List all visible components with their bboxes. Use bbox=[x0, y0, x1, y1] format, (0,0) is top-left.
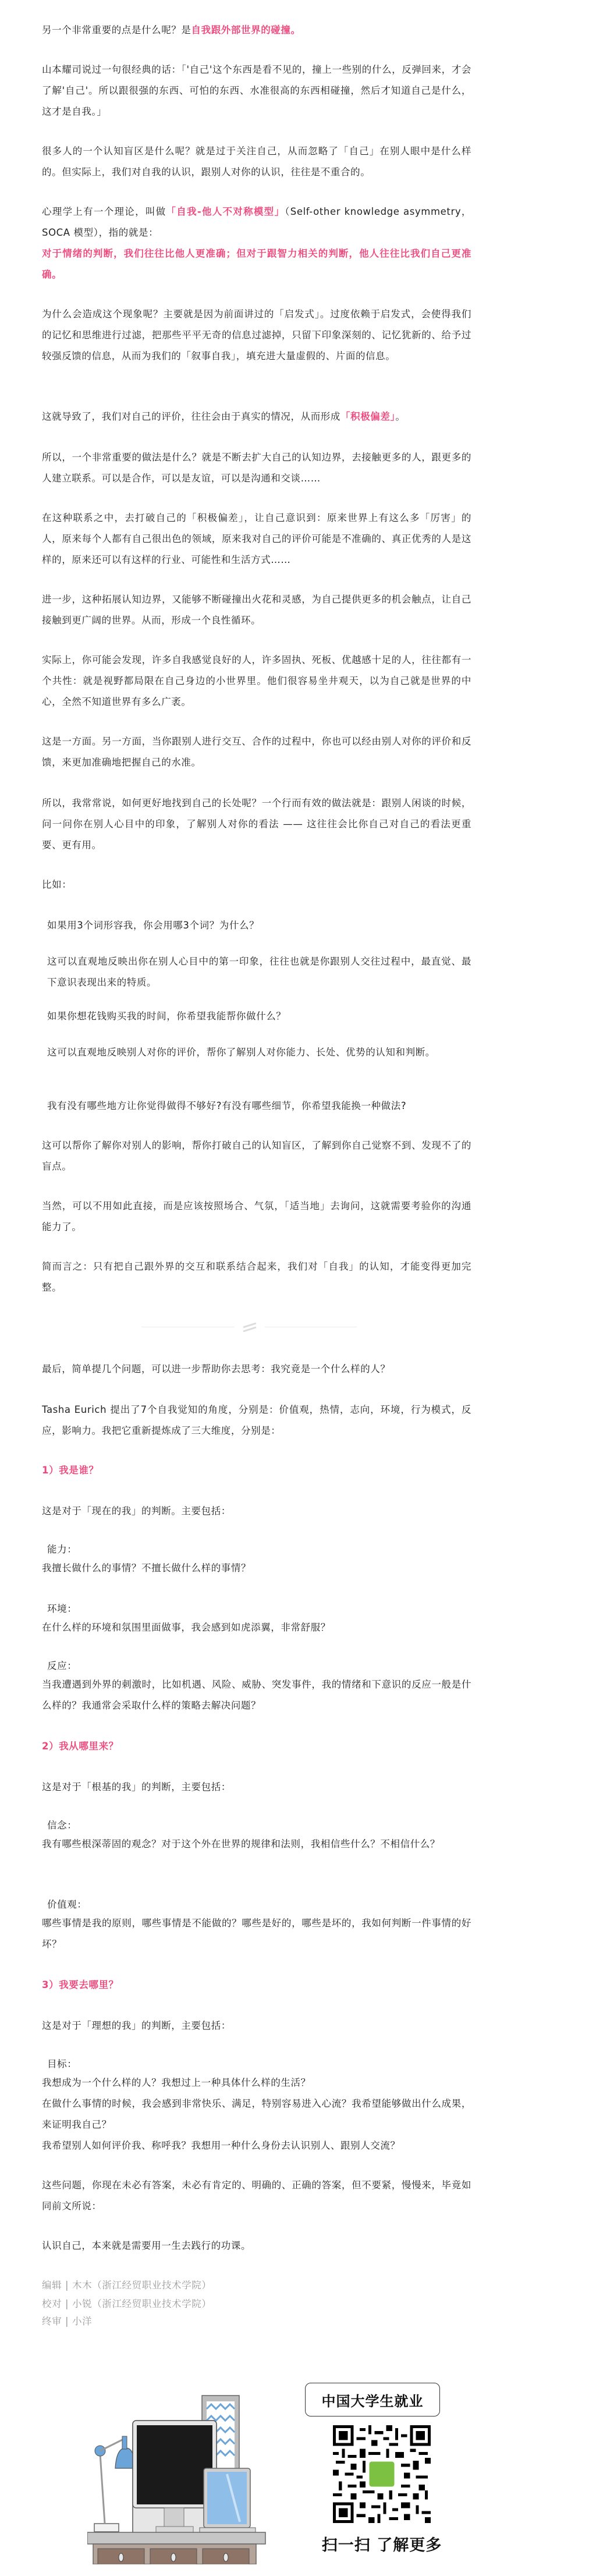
article-paragraph: 认识自己，本来就是需要用一生去践行的功课。 bbox=[42, 2235, 471, 2256]
article-paragraph: 在做什么事情的时候，我会感到非常快乐、满足，特别容易进入心流？我希望能够做出什么… bbox=[42, 2093, 471, 2135]
text-run: 进一步，这种拓展认知边界，又能够不断碰撞出火花和灵感，为自己提供更多的机会触点，… bbox=[42, 594, 471, 626]
article-paragraph: 很多人的一个认知盲区是什么呢？就是过于关注自己，从而忽略了「自己」在别人眼中是什… bbox=[42, 141, 471, 183]
section-heading: 3）我要去哪里？ bbox=[42, 1979, 119, 1990]
section-heading: 1）我是谁？ bbox=[42, 1465, 99, 1476]
brand-title-box: 中国大学生就业 bbox=[305, 2383, 440, 2416]
text-run: 在什么样的环境和氛围里面做事，我会感到如虎添翼，非常舒服？ bbox=[42, 1622, 331, 1633]
credit-line: 校对 | 小锐（浙江经贸职业技术学院） bbox=[42, 2298, 211, 2309]
article-paragraph: 当我遭遇到外界的刺激时，比如机遇、风险、威胁、突发事件，我的情绪和下意识的反应一… bbox=[42, 1674, 471, 1716]
desk-illustration bbox=[87, 2393, 274, 2564]
text-run: 哪些事情是我的原则，哪些事情是不能做的？哪些是好的，哪些是坏的，我如何判断一件事… bbox=[42, 1918, 471, 1950]
divider-line-left bbox=[141, 1327, 235, 1327]
article-paragraph: 这些问题，你现在未必有答案，未必有肯定的、明确的、正确的答案，但不要紧，慢慢来，… bbox=[42, 2175, 471, 2217]
article-paragraph: 环境： bbox=[47, 1599, 471, 1620]
article-paragraph: 这是一方面。另一方面，当你跟别人进行交互、合作的过程中，你也可以经由别人对你的评… bbox=[42, 731, 471, 773]
article-paragraph: Tasha Eurich 提出了7个自我觉知的角度，分别是：价值观，热情，志向，… bbox=[42, 1399, 471, 1441]
text-run: 在这种联系之中，去打破自己的「积极偏差」，让自己意识到：原来世界上有这么多「厉害… bbox=[42, 512, 471, 565]
article-paragraph: 对于情绪的判断，我们往往比他人更准确；但对于跟智力相关的判断，他人往往比我们自己… bbox=[42, 243, 471, 285]
text-run: 这是对于「根基的我」的判断，主要包括： bbox=[42, 1781, 231, 1792]
article-paragraph: 在这种联系之中，去打破自己的「积极偏差」，让自己意识到：原来世界上有这么多「厉害… bbox=[42, 508, 471, 571]
text-run: 山本耀司说过一句很经典的话：「'自己'这个东西是看不见的，撞上一些别的什么，反弹… bbox=[42, 64, 471, 117]
text-run: 我希望别人如何评价我、称呼我？我想用一种什么身份去认识别人、跟别人交流？ bbox=[42, 2140, 400, 2151]
article-paragraph: 这可以帮你了解你对别人的影响，帮你打破自己的认知盲区，了解到你自己觉察不到、发现… bbox=[42, 1135, 471, 1177]
article-paragraph: 我希望别人如何评价我、称呼我？我想用一种什么身份去认识别人、跟别人交流？ bbox=[42, 2135, 471, 2156]
article-paragraph: 如果用3个词形容我，你会用哪3个词？为什么？ bbox=[47, 915, 471, 936]
highlight-text: 对于情绪的判断，我们往往比他人更准确；但对于跟智力相关的判断，他人往往比我们自己… bbox=[42, 248, 471, 280]
text-run: Tasha Eurich 提出了7个自我觉知的角度，分别是：价值观，热情，志向，… bbox=[42, 1404, 471, 1436]
text-run: 这是对于「理想的我」的判断，主要包括： bbox=[42, 2020, 231, 2031]
text-run: 所以，我常常说，如何更好地找到自己的长处呢？一个行而有效的做法就是：跟别人闲谈的… bbox=[42, 798, 471, 851]
article-paragraph: 这是对于「根基的我」的判断，主要包括： bbox=[42, 1777, 471, 1798]
text-run: 环境： bbox=[47, 1603, 77, 1614]
article-paragraph: 当然，可以不用如此直接，而是应该按照场合、气氛，「适当地」去询问，这就需要考验你… bbox=[42, 1196, 471, 1238]
article-paragraph: 1）我是谁？ bbox=[42, 1460, 471, 1481]
text-run: 。 bbox=[395, 411, 405, 422]
article-paragraph: 所以，我常常说，如何更好地找到自己的长处呢？一个行而有效的做法就是：跟别人闲谈的… bbox=[42, 793, 471, 856]
text-run: 能力： bbox=[47, 1544, 77, 1555]
article-paragraph: 终审 | 小洋 bbox=[42, 2311, 471, 2332]
text-run: 心理学上有一个理论，叫做 bbox=[42, 206, 166, 217]
text-run: 当然，可以不用如此直接，而是应该按照场合、气氛，「适当地」去询问，这就需要考验你… bbox=[42, 1200, 471, 1232]
article-paragraph: 进一步，这种拓展认知边界，又能够不断碰撞出火花和灵感，为自己提供更多的机会触点，… bbox=[42, 589, 471, 631]
article-paragraph: 反应： bbox=[47, 1656, 471, 1677]
article-paragraph: 价值观： bbox=[47, 1894, 471, 1915]
article-paragraph: 这可以直观地反映别人对你的评价，帮你了解别人对你能力、长处、优势的认知和判断。 bbox=[47, 1042, 471, 1063]
text-run: 反应： bbox=[47, 1660, 77, 1671]
text-run: 我擅长做什么的事情？不擅长做什么样的事情？ bbox=[42, 1562, 251, 1574]
text-run: 所以，一个非常重要的做法是什么？就是不断去扩大自己的认知边界，去接触更多的人，跟… bbox=[42, 452, 471, 484]
article-paragraph: 这是对于「理想的我」的判断，主要包括： bbox=[42, 2015, 471, 2036]
text-run: 实际上，你可能会发现，许多自我感觉良好的人，许多固执、死板、优越感十足的人，往往… bbox=[42, 654, 471, 707]
text-run: 这是一方面。另一方面，当你跟别人进行交互、合作的过程中，你也可以经由别人对你的评… bbox=[42, 736, 471, 768]
article-paragraph: 实际上，你可能会发现，许多自我感觉良好的人，许多固执、死板、优越感十足的人，往往… bbox=[42, 650, 471, 713]
article-paragraph: 我擅长做什么的事情？不擅长做什么样的事情？ bbox=[42, 1558, 471, 1579]
text-run: 这可以帮你了解你对别人的影响，帮你打破自己的认知盲区，了解到你自己觉察不到、发现… bbox=[42, 1140, 471, 1172]
text-run: 这可以直观地反映别人对你的评价，帮你了解别人对你能力、长处、优势的认知和判断。 bbox=[47, 1047, 435, 1058]
text-run: 这是对于「现在的我」的判断。主要包括： bbox=[42, 1505, 231, 1516]
article-paragraph: 所以，一个非常重要的做法是什么？就是不断去扩大自己的认知边界，去接触更多的人，跟… bbox=[42, 447, 471, 489]
article-paragraph: 3）我要去哪里？ bbox=[42, 1975, 471, 1996]
article-paragraph: 为什么会造成这个现象呢？主要就是因为前面讲过的「启发式」。过度依赖于启发式，会使… bbox=[42, 304, 471, 367]
article-paragraph: 我有哪些根深蒂固的观念？对于这个外在世界的规律和法则，我相信些什么？不相信什么？ bbox=[42, 1834, 471, 1855]
text-run: 比如： bbox=[42, 879, 72, 890]
article-paragraph: 如果你想花钱购买我的时间，你希望我能帮你做什么？ bbox=[47, 1006, 471, 1027]
text-run: 如果你想花钱购买我的时间，你希望我能帮你做什么？ bbox=[47, 1011, 286, 1022]
article-paragraph: 信念： bbox=[47, 1815, 471, 1836]
article-paragraph: 另一个非常重要的点是什么呢？是自我跟外部世界的碰撞。 bbox=[42, 20, 471, 41]
article-paragraph: 能力： bbox=[47, 1539, 471, 1560]
article-paragraph: 比如： bbox=[42, 874, 471, 895]
qr-logo-icon bbox=[368, 2461, 395, 2488]
article-paragraph: 在什么样的环境和氛围里面做事，我会感到如虎添翼，非常舒服？ bbox=[42, 1617, 471, 1638]
text-run: 我想成为一个什么样的人？我想过上一种具体什么样的生活？ bbox=[42, 2077, 311, 2088]
text-run: 简而言之：只有把自己跟外界的交互和联系结合起来，我们对「自我」的认知，才能变得更… bbox=[42, 1261, 471, 1293]
article-paragraph: 简而言之：只有把自己跟外界的交互和联系结合起来，我们对「自我」的认知，才能变得更… bbox=[42, 1256, 471, 1298]
text-run: 为什么会造成这个现象呢？主要就是因为前面讲过的「启发式」。过度依赖于启发式，会使… bbox=[42, 309, 471, 362]
article-paragraph: 最后，简单提几个问题，可以进一步帮助你去思考：我究竟是一个什么样的人？ bbox=[42, 1359, 471, 1380]
double-slash-icon bbox=[242, 1321, 258, 1333]
text-run: 这可以直观地反映出你在别人心目中的第一印象，往往也就是你跟别人交往过程中，最直觉… bbox=[47, 956, 471, 988]
text-run: 这就导致了，我们对自己的评价，往往会由于真实的情况，从而形成 bbox=[42, 411, 340, 422]
text-run: 我有哪些根深蒂固的观念？对于这个外在世界的规律和法则，我相信些什么？不相信什么？ bbox=[42, 1838, 440, 1849]
text-run: 认识自己，本来就是需要用一生去践行的功课。 bbox=[42, 2240, 251, 2251]
article-paragraph: 山本耀司说过一句很经典的话：「'自己'这个东西是看不见的，撞上一些别的什么，反弹… bbox=[42, 59, 471, 122]
article-paragraph: 这是对于「现在的我」的判断。主要包括： bbox=[42, 1501, 471, 1522]
highlight-text: 「自我-他人不对称模型」 bbox=[166, 206, 285, 217]
article-paragraph: 哪些事情是我的原则，哪些事情是不能做的？哪些是好的，哪些是坏的，我如何判断一件事… bbox=[42, 1913, 471, 1955]
text-run: 在做什么事情的时候，我会感到非常快乐、满足，特别容易进入心流？我希望能够做出什么… bbox=[42, 2098, 471, 2130]
text-run: 另一个非常重要的点是什么呢？是 bbox=[42, 24, 191, 36]
highlight-text: 自我跟外部世界的碰撞。 bbox=[191, 24, 301, 36]
article-paragraph: 这可以直观地反映出你在别人心目中的第一印象，往往也就是你跟别人交往过程中，最直觉… bbox=[47, 951, 471, 993]
text-run: 信念： bbox=[47, 1820, 77, 1831]
highlight-text: 「积极偏差」 bbox=[340, 411, 395, 422]
text-run: 我有没有哪些地方让你觉得做得不够好?有没有哪些细节，你希望我能换一种做法? bbox=[47, 1100, 406, 1111]
text-run: 这些问题，你现在未必有答案，未必有肯定的、明确的、正确的答案，但不要紧，慢慢来，… bbox=[42, 2180, 471, 2212]
text-run: 目标： bbox=[47, 2058, 77, 2070]
text-run: 最后，简单提几个问题，可以进一步帮助你去思考：我究竟是一个什么样的人？ bbox=[42, 1363, 391, 1374]
divider-line-right bbox=[265, 1327, 357, 1327]
text-run: 价值观： bbox=[47, 1899, 87, 1910]
credit-line: 编辑 | 木木（浙江经贸职业技术学院） bbox=[42, 2280, 211, 2291]
section-heading: 2）我从哪里来？ bbox=[42, 1741, 119, 1752]
scan-prompt: 扫一扫 了解更多 bbox=[318, 2532, 446, 2555]
article-paragraph: 这就导致了，我们对自己的评价，往往会由于真实的情况，从而形成「积极偏差」。 bbox=[42, 406, 471, 427]
article-paragraph: 心理学上有一个理论，叫做「自我-他人不对称模型」（Self-other know… bbox=[42, 201, 471, 243]
text-run: 很多人的一个认知盲区是什么呢？就是过于关注自己，从而忽略了「自己」在别人眼中是什… bbox=[42, 146, 471, 178]
article-paragraph: 编辑 | 木木（浙江经贸职业技术学院） bbox=[42, 2275, 471, 2296]
section-divider bbox=[141, 1320, 357, 1334]
article-paragraph: 我有没有哪些地方让你觉得做得不够好?有没有哪些细节，你希望我能换一种做法? bbox=[47, 1096, 471, 1117]
qr-code[interactable] bbox=[333, 2425, 431, 2523]
article-paragraph: 我想成为一个什么样的人？我想过上一种具体什么样的生活？ bbox=[42, 2072, 471, 2093]
text-run: 当我遭遇到外界的刺激时，比如机遇、风险、威胁、突发事件，我的情绪和下意识的反应一… bbox=[42, 1679, 471, 1711]
text-run: 如果用3个词形容我，你会用哪3个词？为什么？ bbox=[47, 920, 259, 931]
credit-line: 终审 | 小洋 bbox=[42, 2316, 92, 2327]
article-paragraph: 目标： bbox=[47, 2054, 471, 2075]
article-paragraph: 2）我从哪里来？ bbox=[42, 1736, 471, 1757]
